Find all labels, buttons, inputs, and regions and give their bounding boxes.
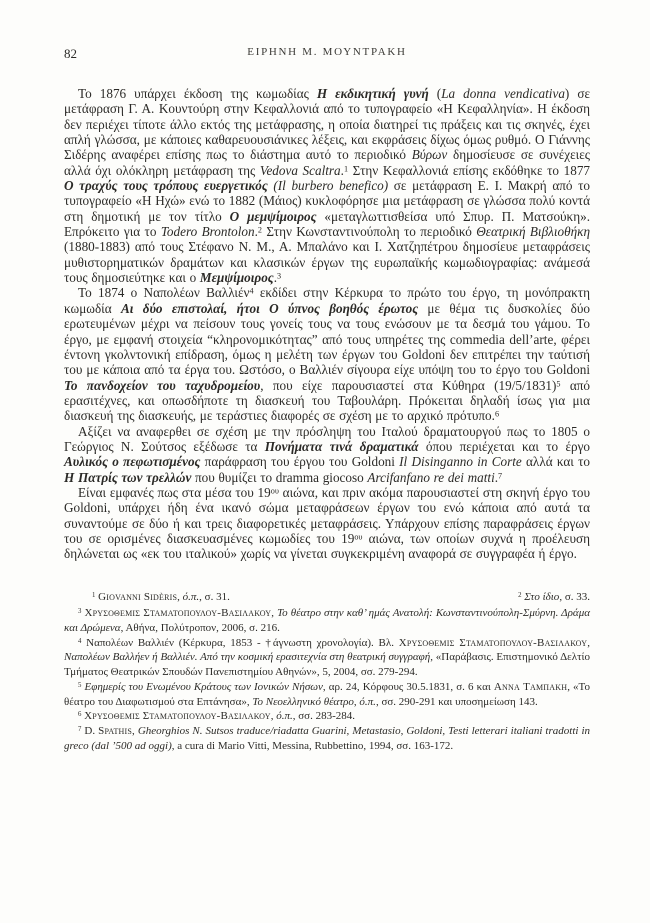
- text-run: ό.π.: [183, 591, 200, 603]
- text-run: , Αθήνα, Πολύτροπον, 2006, σ. 216.: [121, 622, 280, 634]
- footnote-2: 2 Στο ίδιο, σ. 33.: [504, 590, 590, 605]
- text-run: που θυμίζει το dramma giocoso: [191, 470, 367, 485]
- text-run: Spathis: [98, 725, 132, 737]
- text-run: Il Disinganno in Corte: [399, 454, 522, 469]
- text-run: Είναι εμφανές πως στα μέσα του 19: [78, 485, 271, 500]
- footnote-row-1-2: 1 Giovanni Sidèris, ό.π., σ. 31. 2 Στο ί…: [64, 590, 590, 605]
- text-run: Ο τραχύς τους τρόπους ευεργετικός: [64, 178, 268, 193]
- text-run: Στο ίδιο: [524, 591, 559, 603]
- text-run: (1880-1883) από τους Στέφανο Ν. Μ., Α. Μ…: [64, 239, 590, 285]
- footnote-7: 7 D. Spathis, Gheorghios N. Sutsos tradu…: [64, 724, 590, 753]
- text-run: Giovanni Sidèris: [98, 591, 177, 603]
- text-run: (: [429, 86, 441, 101]
- footnote-ref: 7: [498, 471, 502, 480]
- footnote-5: 5 Εφημερίς του Ενωμένου Κράτους των Ιονι…: [64, 680, 590, 709]
- text-run: Η Πατρίς των τρελλών: [64, 470, 191, 485]
- text-run: Ναπολέων Βαλλιέν (Κέρκυρα, 1853 - †άγνωσ…: [81, 637, 398, 649]
- text-run: Πονήματα τινά δραματικά: [265, 439, 419, 454]
- text-run: Θεατρική Βιβλιοθήκη: [476, 224, 590, 239]
- text-run: Ο μεμψίμοιρος: [230, 209, 317, 224]
- text-run: (Il burbero benefico): [273, 178, 388, 193]
- text-run: Στην Κεφαλλονιά επίσης εκδόθηκε το 1877: [348, 163, 590, 178]
- footnote-ref: 3: [277, 271, 281, 280]
- text-run: όπου περιέχεται και το έργο: [419, 439, 590, 454]
- paragraph-3: Αξίζει να αναφερθει σε σχέση με την πρόσ…: [64, 424, 590, 485]
- text-run: Αννα Ταμπακη: [494, 681, 567, 693]
- page-header: 82 ΕΙΡΗΝΗ Μ. ΜΟΥΝΤΡΑΚΗ: [64, 46, 590, 62]
- text-run: D.: [81, 725, 98, 737]
- text-run: Χρυσοθεμις Σταματοπουλου-Βασιλακου: [84, 607, 271, 619]
- text-run: αλλά και το: [522, 454, 590, 469]
- text-run: Το 1874 ο Ναπολέων Βαλλιέν: [78, 285, 249, 300]
- text-run: Todero Brontolon: [161, 224, 255, 239]
- text-run: παράφραση του έργου του Goldoni: [200, 454, 399, 469]
- paragraph-2: Το 1874 ο Ναπολέων Βαλλιέν4 εκδίδει στην…: [64, 285, 590, 423]
- text-run: , σσ. 290-291 και υποσημείωση 143.: [376, 696, 538, 708]
- text-run: Μεμψίμοιρος: [200, 270, 274, 285]
- text-run: Το πανδοχείον του ταχυδρομείου: [64, 378, 260, 393]
- footnote-ref: ου: [271, 486, 279, 495]
- text-run: ό.π.: [276, 710, 293, 722]
- text-run: Στην Κωνσταντινούπολη το περιοδικό: [262, 224, 476, 239]
- footnote-ref: 6: [495, 410, 499, 419]
- text-run: Αυλικός ο πεφωτισμένος: [64, 454, 200, 469]
- text-run: Η εκδικητική γυνή: [317, 86, 429, 101]
- text-run: La donna vendicativa: [441, 86, 565, 101]
- footnotes-section: 1 Giovanni Sidèris, ό.π., σ. 31. 2 Στο ί…: [64, 590, 590, 754]
- text-run: , a cura di Mario Vitti, Messina, Rubbet…: [172, 740, 453, 752]
- article-body: Το 1876 υπάρχει έκδοση της κωμωδίας Η εκ…: [64, 86, 590, 562]
- text-run: ,: [587, 637, 590, 649]
- text-run: Το Νεοελληνικό θέατρο: [252, 696, 354, 708]
- text-run: Το 1876 υπάρχει έκδοση της κωμωδίας: [78, 86, 317, 101]
- text-run: , σσ. 283-284.: [293, 710, 355, 722]
- footnote-3: 3 Χρυσοθεμις Σταματοπουλου-Βασιλακου, Το…: [64, 606, 590, 635]
- paragraph-1: Το 1876 υπάρχει έκδοση της κωμωδίας Η εκ…: [64, 86, 590, 285]
- text-run: Vedova Scaltra: [260, 163, 341, 178]
- text-run: Χρυσοθεμις Σταματοπουλου-Βασιλακου: [84, 710, 271, 722]
- running-header-author: ΕΙΡΗΝΗ Μ. ΜΟΥΝΤΡΑΚΗ: [64, 46, 590, 58]
- text-run: , σ. 33.: [559, 591, 590, 603]
- text-run: Ναπολέων Βαλλήεν ή Βαλλιέν. Από την κοσμ…: [64, 651, 430, 663]
- text-run: , σ. 31.: [199, 591, 230, 603]
- text-run: , αρ. 24, Κόρφους 30.5.1831, σ. 6 και: [323, 681, 494, 693]
- footnote-4: 4 Ναπολέων Βαλλιέν (Κέρκυρα, 1853 - †άγν…: [64, 636, 590, 680]
- text-run: Εφημερίς του Ενωμένου Κράτους των Ιονικώ…: [85, 681, 323, 693]
- text-run: Αι δύο επιστολαί, ήτοι Ο ύπνος βοηθός έρ…: [121, 301, 418, 316]
- scanned-book-page: 82 ΕΙΡΗΝΗ Μ. ΜΟΥΝΤΡΑΚΗ Το 1876 υπάρχει έ…: [0, 0, 650, 923]
- footnote-6: 6 Χρυσοθεμις Σταματοπουλου-Βασιλακου, ό.…: [64, 709, 590, 724]
- text-run: Χρυσοθεμις Σταματοπουλου-Βασιλακου: [399, 637, 588, 649]
- page-number: 82: [64, 46, 77, 62]
- text-run: , που είχε παρουσιαστεί στα Κύθηρα (19/5…: [260, 378, 556, 393]
- paragraph-4: Είναι εμφανές πως στα μέσα του 19ου αιών…: [64, 485, 590, 562]
- text-run: Βύρων: [412, 147, 448, 162]
- footnote-1: 1 Giovanni Sidèris, ό.π., σ. 31.: [64, 590, 230, 605]
- text-run: Arcifanfano re dei matti: [367, 470, 494, 485]
- text-run: ό.π.: [359, 696, 376, 708]
